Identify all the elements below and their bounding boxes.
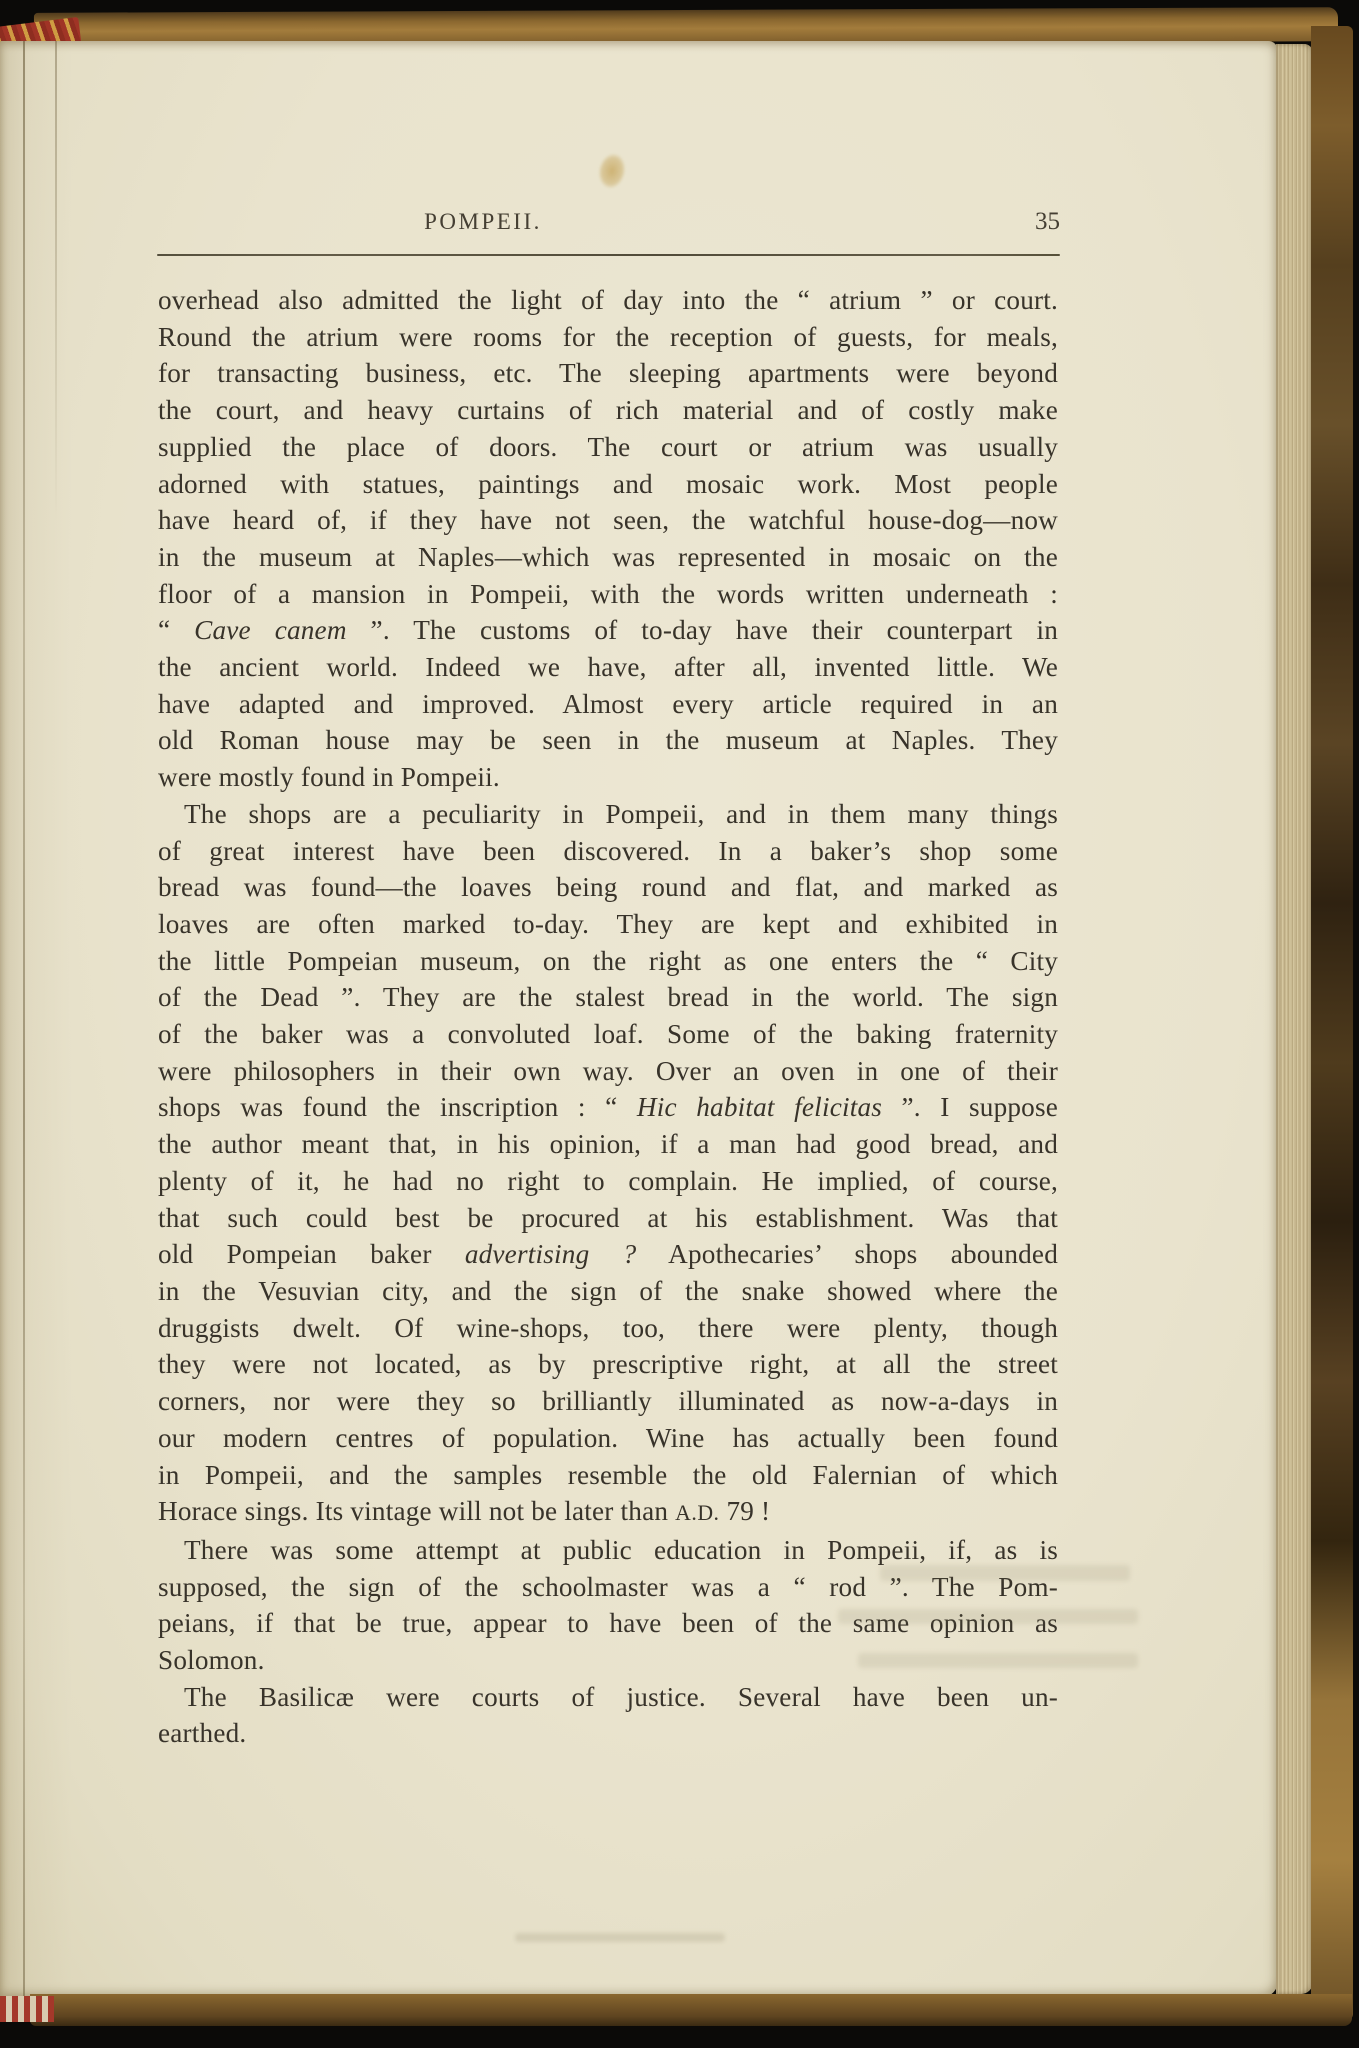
text-line: the court, and heavy curtains of rich ma… [158, 392, 1058, 429]
text-line: were philosophers in their own way. Over… [158, 1053, 1058, 1090]
text-line: the little Pompeian museum, on the right… [158, 943, 1058, 980]
text-line: “ Cave canem ”. The customs of to-day ha… [158, 612, 1058, 649]
page-number: 35 [1006, 208, 1060, 236]
text-line: loaves are often marked to-day. They are… [158, 906, 1058, 943]
text-line: the author meant that, in his opinion, i… [158, 1126, 1058, 1163]
text-line: supplied the place of doors. The court o… [158, 429, 1058, 466]
show-through-mark [838, 1609, 1138, 1624]
text-line: of the baker was a convoluted loaf. Some… [158, 1016, 1058, 1053]
text-line: There was some attempt at public educati… [158, 1532, 1058, 1569]
text-line: shops was found the inscription : “ Hic … [158, 1089, 1058, 1126]
gutter-crease-secondary [55, 41, 57, 521]
book-page: POMPEII. 35 overhead also admitted the l… [0, 41, 1278, 1997]
running-head-title: POMPEII. [383, 209, 583, 235]
smudge-mark [515, 1933, 725, 1942]
text-line: the ancient world. Indeed we have, after… [158, 649, 1058, 686]
book-photo: POMPEII. 35 overhead also admitted the l… [0, 0, 1359, 2048]
text-line: of great interest have been discovered. … [158, 833, 1058, 870]
show-through-mark [880, 1565, 1130, 1581]
text-line: corners, nor were they so brilliantly il… [158, 1383, 1058, 1420]
text-line: were mostly found in Pompeii. [158, 759, 1058, 796]
text-line: earthed. [158, 1715, 1058, 1752]
text-line: have adapted and improved. Almost every … [158, 686, 1058, 723]
text-line: our modern centres of population. Wine h… [158, 1420, 1058, 1457]
text-line: have heard of, if they have not seen, th… [158, 502, 1058, 539]
book-cover-bottom-edge [30, 1994, 1352, 2026]
text-line: adorned with statues, paintings and mosa… [158, 466, 1058, 503]
gutter-shade [0, 41, 72, 1997]
text-line: druggists dwelt. Of wine-shops, too, the… [158, 1310, 1058, 1347]
text-line: for transacting business, etc. The sleep… [158, 355, 1058, 392]
show-through-mark [858, 1653, 1138, 1668]
text-block: overhead also admitted the light of day … [158, 282, 1058, 1752]
header-rule [157, 254, 1060, 256]
text-line: floor of a mansion in Pompeii, with the … [158, 576, 1058, 613]
text-line: plenty of it, he had no right to complai… [158, 1163, 1058, 1200]
text-line: The shops are a peculiarity in Pompeii, … [158, 796, 1058, 833]
page-fore-edge [1276, 44, 1313, 1994]
text-line: overhead also admitted the light of day … [158, 282, 1058, 319]
gutter-crease [23, 41, 25, 1997]
text-line: of the Dead ”. They are the stalest brea… [158, 979, 1058, 1016]
text-line: Round the atrium were rooms for the rece… [158, 319, 1058, 356]
text-line: in the museum at Naples—which was repres… [158, 539, 1058, 576]
text-line: in the Vesuvian city, and the sign of th… [158, 1273, 1058, 1310]
text-line: that such could best be procured at his … [158, 1200, 1058, 1237]
text-line: old Pompeian baker advertising ? Apothec… [158, 1236, 1058, 1273]
text-line: Horace sings. Its vintage will not be la… [158, 1493, 1058, 1532]
text-line: The Basilicæ were courts of justice. Sev… [158, 1679, 1058, 1716]
paper-stain [589, 144, 634, 198]
headband-bottom [0, 1996, 54, 2022]
book-cover-right [1311, 26, 1353, 2020]
text-line: they were not located, as by prescriptiv… [158, 1346, 1058, 1383]
text-line: bread was found—the loaves being round a… [158, 869, 1058, 906]
text-line: in Pompeii, and the samples resemble the… [158, 1457, 1058, 1494]
text-line: old Roman house may be seen in the museu… [158, 722, 1058, 759]
